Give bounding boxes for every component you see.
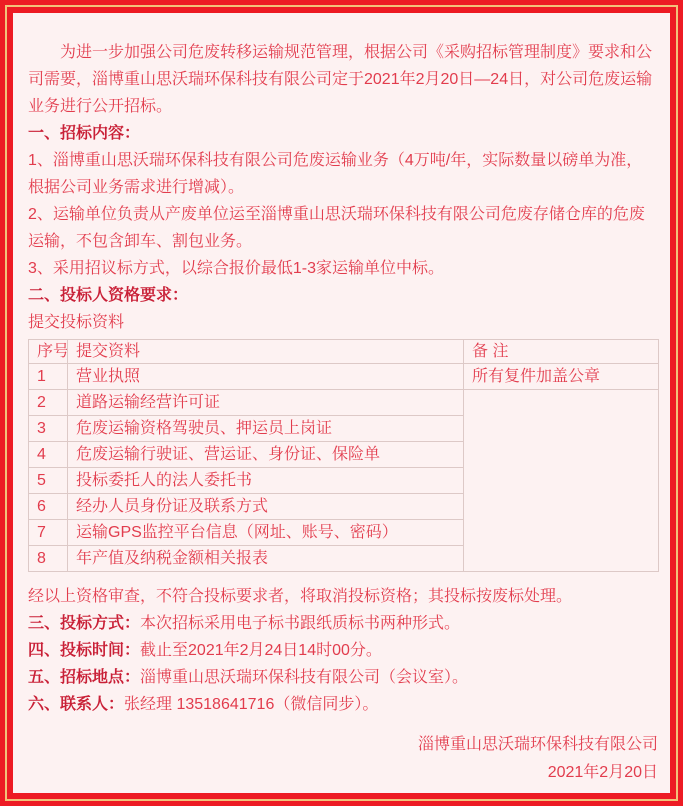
bid-method-line: 三、投标方式：本次招标采用电子标书跟纸质标书两种形式。	[28, 610, 658, 637]
row-material: 危废运输行驶证、营运证、身份证、保险单	[68, 442, 464, 468]
qualification-review-note: 经以上资格审查，不符合投标要求者，将取消投标资格；其投标按废标处理。	[28, 583, 658, 610]
signature-date: 2021年2月20日	[28, 759, 658, 787]
row-material: 投标委托人的法人委托书	[68, 468, 464, 494]
col-header-note: 备 注	[464, 340, 659, 364]
section-2-heading: 二、投标人资格要求：	[28, 282, 658, 309]
notice-panel: 为进一步加强公司危废转移运输规范管理，根据公司《采购招标管理制度》要求和公司需要…	[13, 13, 670, 793]
col-header-material: 提交资料	[68, 340, 464, 364]
submit-materials-label: 提交投标资料	[28, 309, 658, 336]
section-1-item-2: 2、运输单位负责从产废单位运至淄博重山思沃瑞环保科技有限公司危废存储仓库的危废运…	[28, 201, 658, 255]
table-header-row: 序号 提交资料 备 注	[29, 340, 659, 364]
bid-deadline-text: 截止至2021年2月24日14时00分。	[140, 642, 382, 659]
bid-deadline-label: 四、投标时间：	[28, 642, 140, 659]
section-1-item-1: 1、淄博重山思沃瑞环保科技有限公司危废运输业务（4万吨/年，实际数量以磅单为准，…	[28, 147, 658, 201]
contact-text: 张经理 13518641716（微信同步）。	[124, 696, 378, 713]
bid-method-text: 本次招标采用电子标书跟纸质标书两种形式。	[140, 615, 460, 632]
row-material: 营业执照	[68, 364, 464, 390]
row-no: 7	[29, 520, 68, 546]
section-1-item-3: 3、采用招议标方式，以综合报价最低1-3家运输单位中标。	[28, 255, 658, 282]
row-no: 8	[29, 546, 68, 572]
row-no: 3	[29, 416, 68, 442]
bid-location-label: 五、招标地点：	[28, 669, 140, 686]
row-material: 危废运输资格驾驶员、押运员上岗证	[68, 416, 464, 442]
intro-paragraph: 为进一步加强公司危废转移运输规范管理，根据公司《采购招标管理制度》要求和公司需要…	[28, 39, 658, 120]
signature-block: 淄博重山思沃瑞环保科技有限公司 2021年2月20日	[28, 731, 658, 787]
row-material: 年产值及纳税金额相关报表	[68, 546, 464, 572]
materials-table: 序号 提交资料 备 注 1 营业执照 所有复件加盖公章 2 道路运输经营许可证 …	[28, 339, 659, 572]
signature-company: 淄博重山思沃瑞环保科技有限公司	[28, 731, 658, 759]
row-note: 所有复件加盖公章	[464, 364, 659, 390]
bid-location-line: 五、招标地点：淄博重山思沃瑞环保科技有限公司（会议室）。	[28, 664, 658, 691]
bid-method-label: 三、投标方式：	[28, 615, 140, 632]
table-row: 1 营业执照 所有复件加盖公章	[29, 364, 659, 390]
row-note-empty-area	[464, 390, 659, 572]
col-header-no: 序号	[29, 340, 68, 364]
bid-deadline-line: 四、投标时间：截止至2021年2月24日14时00分。	[28, 637, 658, 664]
section-1-heading: 一、招标内容：	[28, 120, 658, 147]
contact-label: 六、联系人：	[28, 696, 124, 713]
row-no: 5	[29, 468, 68, 494]
row-no: 4	[29, 442, 68, 468]
bid-location-text: 淄博重山思沃瑞环保科技有限公司（会议室）。	[140, 669, 468, 686]
row-material: 道路运输经营许可证	[68, 390, 464, 416]
row-no: 1	[29, 364, 68, 390]
bid-notice-page: { "colors": { "frame_red": "#ed1b24", "g…	[0, 0, 683, 806]
contact-line: 六、联系人：张经理 13518641716（微信同步）。	[28, 691, 658, 718]
row-no: 2	[29, 390, 68, 416]
row-no: 6	[29, 494, 68, 520]
row-material: 运输GPS监控平台信息（网址、账号、密码）	[68, 520, 464, 546]
table-row: 2 道路运输经营许可证	[29, 390, 659, 416]
row-material: 经办人员身份证及联系方式	[68, 494, 464, 520]
